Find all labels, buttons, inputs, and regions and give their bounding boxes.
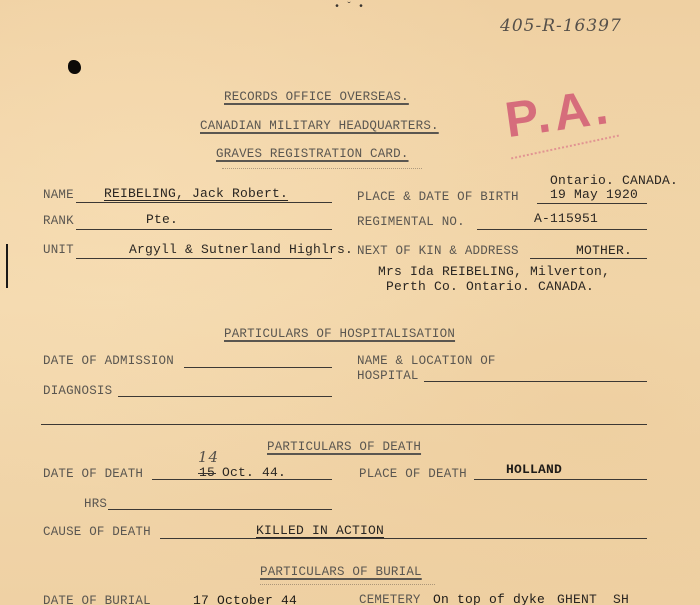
rank-value: Pte. [146,212,178,227]
death-place-line [474,479,647,480]
unit-line [76,258,332,259]
dotted-rule [260,584,435,585]
hospital-label-line1: NAME & LOCATION OF [357,354,496,368]
punch-hole [68,60,81,74]
hrs-label: HRS [84,497,107,511]
hrs-line[interactable] [108,509,332,510]
burial-date-value: 17 October 44 [193,593,297,605]
birth-date-value: 19 May 1920 [550,187,638,202]
header-cmhq: CANADIAN MILITARY HEADQUARTERS. [200,119,439,133]
file-reference: 405-R-16397 [500,16,622,36]
admission-line[interactable] [184,367,332,368]
header-card-title: GRAVES REGISTRATION CARD. [216,147,409,161]
death-title: PARTICULARS OF DEATH [267,440,421,454]
rank-label: RANK [43,214,74,228]
kin-label: NEXT OF KIN & ADDRESS [357,244,519,258]
death-date-value: Oct. 44. [222,465,286,480]
kin-address-line2: Perth Co. Ontario. CANADA. [386,279,594,294]
kin-address-line1: Mrs Ida REIBELING, Milverton, [378,264,610,279]
burial-title: PARTICULARS OF BURIAL [260,565,422,579]
admission-label: DATE OF ADMISSION [43,354,174,368]
pa-stamp: P.A. [502,81,615,145]
cemetery-label: CEMETERY [359,593,421,605]
death-date-label: DATE OF DEATH [43,467,143,481]
unit-label: UNIT [43,243,74,257]
birth-label: PLACE & DATE OF BIRTH [357,190,519,204]
name-line [76,202,332,203]
cemetery-value: On top of dyke [433,592,545,605]
cemetery-extra: GHENT SH [557,592,629,605]
dotted-rule [222,168,422,169]
hospital-line[interactable] [424,381,647,382]
birth-place-value: Ontario. CANADA. [550,173,678,188]
kin-relation-value: MOTHER. [576,243,632,258]
hospitalisation-title: PARTICULARS OF HOSPITALISATION [224,327,455,341]
diagnosis-label: DIAGNOSIS [43,384,112,398]
burial-date-label: DATE OF BURIAL [43,594,151,605]
death-date-struck: 15 [199,465,215,480]
death-place-label: PLACE OF DEATH [359,467,467,481]
name-value: REIBELING, Jack Robert. [104,186,288,201]
cause-line [160,538,647,539]
rank-line [76,229,332,230]
death-place-value: HOLLAND [506,462,562,477]
hospitalisation-rule [41,424,647,425]
unit-value: Argyll & Sutnerland Highlrs. [129,242,353,257]
birth-line [537,203,647,204]
death-date-correction: 14 [198,448,219,466]
header-records-office: RECORDS OFFICE OVERSEAS. [224,90,409,104]
staple-mark: • ˇ • [334,2,364,13]
struck-date: 15 [199,465,215,480]
regimental-line [477,229,647,230]
regimental-label: REGIMENTAL NO. [357,215,465,229]
cause-value: KILLED IN ACTION [256,523,384,538]
regimental-value: A-115951 [534,211,598,226]
diagnosis-line[interactable] [118,396,332,397]
cause-label: CAUSE OF DEATH [43,525,151,539]
name-label: NAME [43,188,74,202]
margin-mark [6,244,8,288]
kin-line [530,258,647,259]
hospital-label-line2: HOSPITAL [357,369,419,383]
